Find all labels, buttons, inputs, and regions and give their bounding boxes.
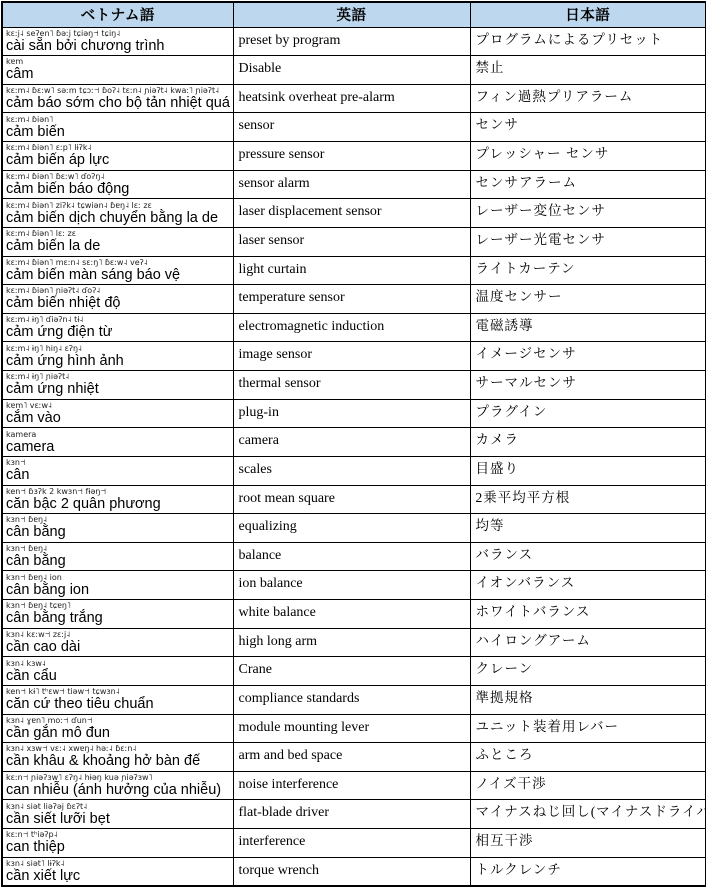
ipa-pronunciation: kɛːm˨ ɓiən˥ mɛːn˨ sɛːŋ˥ ɓɛːw˨ veʔ˨	[6, 258, 231, 267]
english-term: high long arm	[239, 634, 318, 649]
ipa-pronunciation: kɜn˨ kɛːw˦˦ zɛːj˨	[6, 630, 231, 639]
table-row: kɛːm˨ ɓiən˥ ɲiəʔt˨ ɗoʔ˨ cảm biến nhiệt đ…	[2, 285, 706, 314]
vietnamese-cell: kɛːm˨ ɓiən˥ ɛːp˥ lɨʔk˨ cảm biến áp lực	[2, 142, 233, 171]
japanese-term: 禁止	[476, 60, 505, 75]
japanese-cell: カメラ	[470, 428, 706, 457]
vietnamese-cell: kɛːm˨ ɨŋ˥ ɲiəʔt˨ cảm ứng nhiệt	[2, 371, 233, 400]
ipa-pronunciation: kɛːm˨ ɓiən˥ ɲiəʔt˨ ɗoʔ˨	[6, 286, 231, 295]
vietnamese-term: cảm biến áp lực	[6, 152, 231, 168]
japanese-term: トルクレンチ	[476, 862, 562, 877]
english-term: equalizing	[239, 519, 297, 534]
vietnamese-term: cần cẩu	[6, 668, 231, 684]
vietnamese-term: cần xiết lực	[6, 868, 231, 884]
english-cell: temperature sensor	[233, 285, 470, 314]
english-term: noise interference	[239, 777, 339, 792]
vietnamese-cell: kɛːm˨ ɓiən˥ ɲiəʔt˨ ɗoʔ˨ cảm biến nhiệt đ…	[2, 285, 233, 314]
japanese-term: レーザー変位センサ	[476, 203, 607, 218]
japanese-term: ノイズ干渉	[476, 776, 547, 791]
english-term: temperature sensor	[239, 290, 345, 305]
vietnamese-term: cảm biến báo động	[6, 181, 231, 197]
ipa-pronunciation: kɜn˨ siət liəʔəj ɓɛʔt˨	[6, 802, 231, 811]
table-row: ken˦˦ kɨ˥ tʰɛw˦˦ tiəw˦˦ tɕwɜn˨ căn cứ th…	[2, 685, 706, 714]
vietnamese-cell: kɜn˦˦ ɓɐŋ˨ cân bằng	[2, 514, 233, 543]
japanese-term: センサアラーム	[476, 175, 578, 190]
japanese-cell: 電磁誘導	[470, 313, 706, 342]
vietnamese-term: cắm vào	[6, 410, 231, 426]
japanese-term: バランス	[476, 547, 534, 562]
english-cell: thermal sensor	[233, 371, 470, 400]
japanese-term: カメラ	[476, 432, 520, 447]
table-body: kɛːj˨ seʔen˥ ɓəːj tɕiəŋ˦˦ tɕiŋ˨ cài sẵn …	[2, 27, 706, 886]
column-header-vietnamese: ベトナム語	[2, 2, 233, 27]
ipa-pronunciation: kɛːm˨ ɨŋ˥ hiŋ˨ ɛʔŋ˨	[6, 344, 231, 353]
english-term: flat-blade driver	[239, 805, 330, 820]
english-cell: image sensor	[233, 342, 470, 371]
japanese-term: ふところ	[476, 747, 534, 762]
japanese-cell: 均等	[470, 514, 706, 543]
ipa-pronunciation: kɛːm˨ ɓiən˥ ɓɛːw˥ ɗoʔŋ˨	[6, 172, 231, 181]
ipa-pronunciation: kɛːm˨ ɓɛːw˥ səːm tɕɔː˦˦ ɓoʔ˨ tɛːn˨ ɲiəʔt…	[6, 86, 231, 95]
english-cell: equalizing	[233, 514, 470, 543]
table-row: kɜn˨ xɜw˦˦ vɛː˨ xwɐŋ˨ həː˨ ɓɛːn˨ cần khâ…	[2, 743, 706, 772]
english-cell: root mean square	[233, 485, 470, 514]
japanese-cell: プレッシャー センサ	[470, 142, 706, 171]
japanese-cell: 準拠規格	[470, 685, 706, 714]
english-cell: Crane	[233, 657, 470, 686]
english-term: white balance	[239, 605, 316, 620]
japanese-cell: センサ	[470, 113, 706, 142]
glossary-table: ベトナム語 英語 日本語 kɛːj˨ seʔen˥ ɓəːj tɕiəŋ˦˦ t…	[1, 1, 706, 887]
english-cell: heatsink overheat pre-alarm	[233, 84, 470, 113]
vietnamese-term: camera	[6, 439, 231, 455]
vietnamese-term: cần siết lưỡi bẹt	[6, 811, 231, 827]
vietnamese-term: cần khâu & khoảng hở bàn đế	[6, 753, 231, 769]
japanese-cell: ライトカーテン	[470, 256, 706, 285]
japanese-term: プログラムによるプリセット	[476, 32, 664, 47]
vietnamese-cell: kɛːn˦˦ ɲiəʔɜw˥ ɛʔŋ˨ hɨəŋ kuə ɲiəʔɜw˥ can…	[2, 771, 233, 800]
japanese-term: ユニット装着用レバー	[476, 719, 620, 734]
vietnamese-cell: kɛːm˨ ɓiən˥ lɛː zɛ cảm biến la de	[2, 227, 233, 256]
vietnamese-cell: kɛːm˨ ɨŋ˥ ɗiəʔn˨ tɨ˨ cảm ứng điện từ	[2, 313, 233, 342]
english-cell: ion balance	[233, 571, 470, 600]
vietnamese-cell: kɐm˥ vɛːw˨ cắm vào	[2, 399, 233, 428]
english-term: Disable	[239, 61, 282, 76]
ipa-pronunciation: kɛːm˨ ɓiən˥ ziʔk˨ tɕwiən˨ ɓɐŋ˨ lɛː zɛ	[6, 201, 231, 210]
table-row: kɛːm˨ ɓiən˥ lɛː zɛ cảm biến la de laser …	[2, 227, 706, 256]
english-term: electromagnetic induction	[239, 319, 385, 334]
vietnamese-cell: kɛːm˨ ɓiən˥ mɛːn˨ sɛːŋ˥ ɓɛːw˨ veʔ˨ cảm b…	[2, 256, 233, 285]
japanese-cell: イオンバランス	[470, 571, 706, 600]
english-cell: arm and bed space	[233, 743, 470, 772]
vietnamese-term: câm	[6, 66, 231, 82]
japanese-term: イメージセンサ	[476, 346, 577, 361]
english-cell: sensor	[233, 113, 470, 142]
japanese-cell: 2乗平均平方根	[470, 485, 706, 514]
ipa-pronunciation: kɛːj˨ seʔen˥ ɓəːj tɕiəŋ˦˦ tɕiŋ˨	[6, 29, 231, 38]
english-cell: Disable	[233, 56, 470, 85]
english-term: laser sensor	[239, 233, 305, 248]
table-row: kɐm câm Disable 禁止	[2, 56, 706, 85]
japanese-cell: ノイズ干渉	[470, 771, 706, 800]
vietnamese-term: can thiệp	[6, 839, 231, 855]
table-row: kɛːm˨ ɓiən˥ ɓɛːw˥ ɗoʔŋ˨ cảm biến báo độn…	[2, 170, 706, 199]
vietnamese-cell: kɜn˨ kɜw˨ cần cẩu	[2, 657, 233, 686]
ipa-pronunciation: kɐm˥ vɛːw˨	[6, 401, 231, 410]
vietnamese-term: cài sẵn bởi chương trình	[6, 38, 231, 54]
ipa-pronunciation: kɛːm˨ ɓiən˥ ɛːp˥ lɨʔk˨	[6, 143, 231, 152]
ipa-pronunciation: kɛːn˦˦ ɲiəʔɜw˥ ɛʔŋ˨ hɨəŋ kuə ɲiəʔɜw˥	[6, 773, 231, 782]
japanese-cell: ユニット装着用レバー	[470, 714, 706, 743]
english-cell: electromagnetic induction	[233, 313, 470, 342]
vietnamese-cell: kɜn˨ xɜw˦˦ vɛː˨ xwɐŋ˨ həː˨ ɓɛːn˨ cần khâ…	[2, 743, 233, 772]
vietnamese-term: cân bằng ion	[6, 582, 231, 598]
table-row: kɛːm˨ ɓiən˥ ɛːp˥ lɨʔk˨ cảm biến áp lực p…	[2, 142, 706, 171]
english-cell: light curtain	[233, 256, 470, 285]
ipa-pronunciation: kɜn˦˦ ɓɐŋ˨ ion	[6, 573, 231, 582]
english-cell: laser displacement sensor	[233, 199, 470, 228]
japanese-cell: レーザー変位センサ	[470, 199, 706, 228]
english-term: heatsink overheat pre-alarm	[239, 90, 395, 105]
vietnamese-cell: ken˦˦ kɨ˥ tʰɛw˦˦ tiəw˦˦ tɕwɜn˨ căn cứ th…	[2, 685, 233, 714]
english-term: balance	[239, 548, 282, 563]
japanese-term: レーザー光電センサ	[476, 232, 607, 247]
table-row: kɜn˨ ɣɐn˥ moː˦˦ ɗun˦˦ cần gắn mô đun mod…	[2, 714, 706, 743]
ipa-pronunciation: kɛːm˨ ɨŋ˥ ɲiəʔt˨	[6, 372, 231, 381]
vietnamese-term: cảm biến la de	[6, 238, 231, 254]
vietnamese-cell: kɜn˦˦ ɓɐŋ˨ ion cân bằng ion	[2, 571, 233, 600]
ipa-pronunciation: kɛːm˨ ɓiən˥ lɛː zɛ	[6, 229, 231, 238]
japanese-cell: センサアラーム	[470, 170, 706, 199]
table-row: kamera camera camera カメラ	[2, 428, 706, 457]
ipa-pronunciation: kɜn˦˦ ɓɐŋ˨ tɕɐŋ˥	[6, 601, 231, 610]
japanese-cell: プラグイン	[470, 399, 706, 428]
english-cell: sensor alarm	[233, 170, 470, 199]
japanese-cell: プログラムによるプリセット	[470, 27, 706, 56]
table-row: kɛːj˨ seʔen˥ ɓəːj tɕiəŋ˦˦ tɕiŋ˨ cài sẵn …	[2, 27, 706, 56]
vietnamese-cell: kɜn˦˦ ɓɐŋ˨ tɕɐŋ˥ cân bằng trắng	[2, 600, 233, 629]
english-cell: pressure sensor	[233, 142, 470, 171]
japanese-term: センサ	[476, 117, 520, 132]
english-cell: high long arm	[233, 628, 470, 657]
table-row: kɛːn˦˦ tʰiəʔp˨ can thiệp interference 相互…	[2, 829, 706, 858]
english-cell: preset by program	[233, 27, 470, 56]
japanese-term: 相互干渉	[476, 833, 534, 848]
table-row: kɛːn˦˦ ɲiəʔɜw˥ ɛʔŋ˨ hɨəŋ kuə ɲiəʔɜw˥ can…	[2, 771, 706, 800]
ipa-pronunciation: kɜn˨ kɜw˨	[6, 659, 231, 668]
japanese-cell: マイナスねじ回し(マイナスドライバー)	[470, 800, 706, 829]
ipa-pronunciation: kamera	[6, 430, 231, 439]
japanese-term: ハイロングアーム	[476, 633, 591, 648]
japanese-cell: 相互干渉	[470, 829, 706, 858]
vietnamese-term: cảm ứng điện từ	[6, 324, 231, 340]
table-row: kɛːm˨ ɓiən˥ cảm biến sensor センサ	[2, 113, 706, 142]
vietnamese-term: cân bằng	[6, 553, 231, 569]
english-term: root mean square	[239, 491, 335, 506]
english-term: ion balance	[239, 576, 303, 591]
table-row: kɜn˨ siət liəʔəj ɓɛʔt˨ cần siết lưỡi bẹt…	[2, 800, 706, 829]
table-row: kɛːm˨ ɓɛːw˥ səːm tɕɔː˦˦ ɓoʔ˨ tɛːn˨ ɲiəʔt…	[2, 84, 706, 113]
japanese-cell: バランス	[470, 542, 706, 571]
japanese-cell: イメージセンサ	[470, 342, 706, 371]
english-term: Crane	[239, 662, 272, 677]
table-row: kɜn˦˦ cân scales 目盛り	[2, 456, 706, 485]
table-row: kɜn˦˦ ɓɐŋ˨ tɕɐŋ˥ cân bằng trắng white ba…	[2, 600, 706, 629]
table-row: kɛːm˨ ɨŋ˥ ɲiəʔt˨ cảm ứng nhiệt thermal s…	[2, 371, 706, 400]
english-term: torque wrench	[239, 863, 319, 878]
table-row: kɛːm˨ ɓiən˥ mɛːn˨ sɛːŋ˥ ɓɛːw˨ veʔ˨ cảm b…	[2, 256, 706, 285]
table-row: kɛːm˨ ɨŋ˥ hiŋ˨ ɛʔŋ˨ cảm ứng hình ảnh ima…	[2, 342, 706, 371]
english-term: module mounting lever	[239, 720, 370, 735]
japanese-cell: フィン過熱プリアラーム	[470, 84, 706, 113]
japanese-cell: 温度センサー	[470, 285, 706, 314]
vietnamese-term: cần gắn mô đun	[6, 725, 231, 741]
column-header-english: 英語	[233, 2, 470, 27]
table-row: kɐm˥ vɛːw˨ cắm vào plug-in プラグイン	[2, 399, 706, 428]
english-term: pressure sensor	[239, 147, 325, 162]
vietnamese-term: căn bậc 2 quân phương	[6, 496, 231, 512]
table-row: kɜn˨ siət˥ lɨʔk˨ cần xiết lực torque wre…	[2, 857, 706, 886]
english-term: sensor alarm	[239, 176, 310, 191]
english-term: plug-in	[239, 405, 279, 420]
vietnamese-cell: kɜn˨ siət˥ lɨʔk˨ cần xiết lực	[2, 857, 233, 886]
vietnamese-term: cân bằng	[6, 524, 231, 540]
japanese-term: プラグイン	[476, 404, 548, 419]
japanese-term: 2乗平均平方根	[476, 490, 571, 505]
vietnamese-cell: kɜn˦˦ ɓɐŋ˨ cân bằng	[2, 542, 233, 571]
vietnamese-term: cảm ứng hình ảnh	[6, 353, 231, 369]
english-cell: plug-in	[233, 399, 470, 428]
japanese-term: 温度センサー	[476, 289, 563, 304]
ipa-pronunciation: kɛːm˨ ɨŋ˥ ɗiəʔn˨ tɨ˨	[6, 315, 231, 324]
english-term: compliance standards	[239, 691, 360, 706]
vietnamese-term: cảm biến	[6, 124, 231, 140]
english-cell: balance	[233, 542, 470, 571]
table-row: kɛːm˨ ɓiən˥ ziʔk˨ tɕwiən˨ ɓɐŋ˨ lɛː zɛ cả…	[2, 199, 706, 228]
ipa-pronunciation: kɛːm˨ ɓiən˥	[6, 115, 231, 124]
vietnamese-cell: ken˦˦ ɓɜʔk 2 kwɜn˦˦ fɨəŋ˦˦ căn bậc 2 quâ…	[2, 485, 233, 514]
english-term: camera	[239, 433, 279, 448]
vietnamese-cell: kɛːm˨ ɨŋ˥ hiŋ˨ ɛʔŋ˨ cảm ứng hình ảnh	[2, 342, 233, 371]
english-term: laser displacement sensor	[239, 204, 382, 219]
vietnamese-term: cảm báo sớm cho bộ tản nhiệt quá nhiệt	[6, 95, 231, 111]
column-header-japanese: 日本語	[470, 2, 706, 27]
japanese-term: クレーン	[476, 661, 534, 676]
vietnamese-cell: kɜn˦˦ cân	[2, 456, 233, 485]
english-term: scales	[239, 462, 272, 477]
japanese-cell: レーザー光電センサ	[470, 227, 706, 256]
vietnamese-cell: kamera camera	[2, 428, 233, 457]
english-term: interference	[239, 834, 306, 849]
table-row: ken˦˦ ɓɜʔk 2 kwɜn˦˦ fɨəŋ˦˦ căn bậc 2 quâ…	[2, 485, 706, 514]
english-cell: white balance	[233, 600, 470, 629]
english-cell: camera	[233, 428, 470, 457]
table-row: kɜn˦˦ ɓɐŋ˨ cân bằng balance バランス	[2, 542, 706, 571]
japanese-term: プレッシャー センサ	[476, 146, 610, 161]
table-row: kɛːm˨ ɨŋ˥ ɗiəʔn˨ tɨ˨ cảm ứng điện từ ele…	[2, 313, 706, 342]
japanese-term: サーマルセンサ	[476, 375, 578, 390]
english-cell: flat-blade driver	[233, 800, 470, 829]
vietnamese-term: cảm biến nhiệt độ	[6, 295, 231, 311]
japanese-cell: ふところ	[470, 743, 706, 772]
vietnamese-cell: kɛːn˦˦ tʰiəʔp˨ can thiệp	[2, 829, 233, 858]
glossary-page: ベトナム語 英語 日本語 kɛːj˨ seʔen˥ ɓəːj tɕiəŋ˦˦ t…	[0, 0, 706, 889]
japanese-term: ライトカーテン	[476, 261, 576, 276]
vietnamese-term: cảm biến màn sáng báo vệ	[6, 267, 231, 283]
vietnamese-cell: kɜn˨ kɛːw˦˦ zɛːj˨ cần cao dài	[2, 628, 233, 657]
japanese-term: 均等	[476, 518, 505, 533]
japanese-cell: ホワイトバランス	[470, 600, 706, 629]
english-term: arm and bed space	[239, 748, 343, 763]
table-row: kɜn˨ kɛːw˦˦ zɛːj˨ cần cao dài high long …	[2, 628, 706, 657]
vietnamese-cell: kɜn˨ siət liəʔəj ɓɛʔt˨ cần siết lưỡi bẹt	[2, 800, 233, 829]
ipa-pronunciation: kɛːn˦˦ tʰiəʔp˨	[6, 830, 231, 839]
vietnamese-cell: kɛːj˨ seʔen˥ ɓəːj tɕiəŋ˦˦ tɕiŋ˨ cài sẵn …	[2, 27, 233, 56]
ipa-pronunciation: kɜn˨ siət˥ lɨʔk˨	[6, 859, 231, 868]
ipa-pronunciation: kɜn˦˦	[6, 458, 231, 467]
japanese-cell: 禁止	[470, 56, 706, 85]
table-row: kɜn˦˦ ɓɐŋ˨ ion cân bằng ion ion balance …	[2, 571, 706, 600]
vietnamese-term: căn cứ theo tiêu chuẩn	[6, 696, 231, 712]
english-term: preset by program	[239, 33, 341, 48]
japanese-term: イオンバランス	[476, 575, 576, 590]
english-cell: module mounting lever	[233, 714, 470, 743]
japanese-term: フィン過熱プリアラーム	[476, 89, 634, 104]
ipa-pronunciation: kɜn˨ ɣɐn˥ moː˦˦ ɗun˦˦	[6, 716, 231, 725]
english-cell: scales	[233, 456, 470, 485]
table-row: kɜn˦˦ ɓɐŋ˨ cân bằng equalizing 均等	[2, 514, 706, 543]
vietnamese-term: cảm ứng nhiệt	[6, 381, 231, 397]
english-term: sensor	[239, 118, 275, 133]
vietnamese-cell: kɐm câm	[2, 56, 233, 85]
vietnamese-term: cảm biến dịch chuyển bằng la de	[6, 210, 231, 226]
ipa-pronunciation: ken˦˦ kɨ˥ tʰɛw˦˦ tiəw˦˦ tɕwɜn˨	[6, 687, 231, 696]
english-term: thermal sensor	[239, 376, 321, 391]
vietnamese-term: cân	[6, 467, 231, 483]
japanese-cell: 目盛り	[470, 456, 706, 485]
english-term: image sensor	[239, 347, 312, 362]
japanese-term: ホワイトバランス	[476, 604, 591, 619]
ipa-pronunciation: kɜn˨ xɜw˦˦ vɛː˨ xwɐŋ˨ həː˨ ɓɛːn˨	[6, 744, 231, 753]
english-term: light curtain	[239, 262, 307, 277]
japanese-term: 目盛り	[476, 461, 520, 476]
japanese-term: 準拠規格	[476, 690, 534, 705]
header-row: ベトナム語 英語 日本語	[2, 2, 706, 27]
ipa-pronunciation: kɜn˦˦ ɓɐŋ˨	[6, 544, 231, 553]
vietnamese-cell: kɜn˨ ɣɐn˥ moː˦˦ ɗun˦˦ cần gắn mô đun	[2, 714, 233, 743]
japanese-term: マイナスねじ回し(マイナスドライバー)	[476, 804, 706, 819]
japanese-cell: クレーン	[470, 657, 706, 686]
vietnamese-cell: kɛːm˨ ɓiən˥ ziʔk˨ tɕwiən˨ ɓɐŋ˨ lɛː zɛ cả…	[2, 199, 233, 228]
vietnamese-cell: kɛːm˨ ɓɛːw˥ səːm tɕɔː˦˦ ɓoʔ˨ tɛːn˨ ɲiəʔt…	[2, 84, 233, 113]
english-cell: torque wrench	[233, 857, 470, 886]
vietnamese-cell: kɛːm˨ ɓiən˥ ɓɛːw˥ ɗoʔŋ˨ cảm biến báo độn…	[2, 170, 233, 199]
english-cell: interference	[233, 829, 470, 858]
japanese-cell: ハイロングアーム	[470, 628, 706, 657]
japanese-cell: サーマルセンサ	[470, 371, 706, 400]
vietnamese-term: cần cao dài	[6, 639, 231, 655]
japanese-term: 電磁誘導	[476, 318, 534, 333]
vietnamese-term: can nhiễu (ánh hưởng của nhiễu)	[6, 782, 231, 798]
vietnamese-cell: kɛːm˨ ɓiən˥ cảm biến	[2, 113, 233, 142]
vietnamese-term: cân bằng trắng	[6, 610, 231, 626]
japanese-cell: トルクレンチ	[470, 857, 706, 886]
table-row: kɜn˨ kɜw˨ cần cẩu Crane クレーン	[2, 657, 706, 686]
english-cell: noise interference	[233, 771, 470, 800]
english-cell: laser sensor	[233, 227, 470, 256]
ipa-pronunciation: ken˦˦ ɓɜʔk 2 kwɜn˦˦ fɨəŋ˦˦	[6, 487, 231, 496]
english-cell: compliance standards	[233, 685, 470, 714]
ipa-pronunciation: kɐm	[6, 57, 231, 66]
